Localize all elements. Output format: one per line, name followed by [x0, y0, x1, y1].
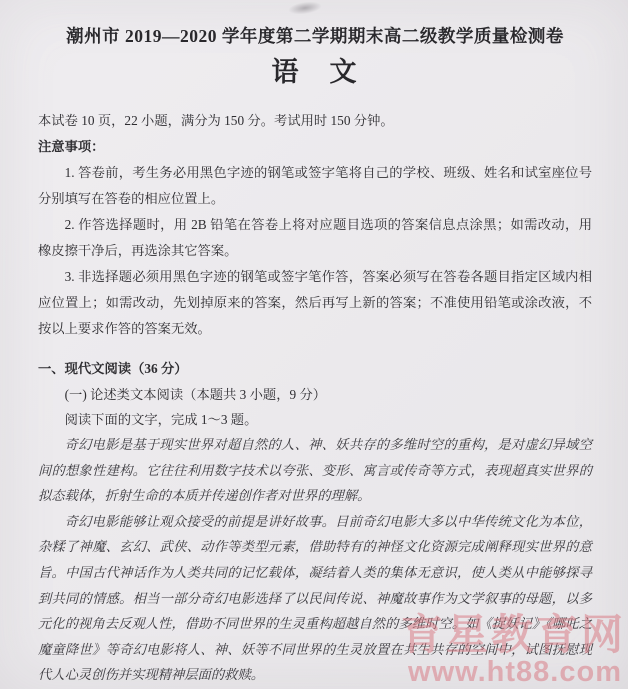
subject-title: 语 文 — [38, 54, 592, 90]
reading-passage: 奇幻电影是基于现实世界对超自然的人、神、妖共存的多维时空的重构，是对虚幻异域空间… — [38, 432, 592, 688]
exam-info-line: 本试卷 10 页，22 小题，满分为 150 分。考试用时 150 分钟。 — [38, 108, 592, 134]
passage-paragraph-1: 奇幻电影是基于现实世界对超自然的人、神、妖共存的多维时空的重构，是对虚幻异域空间… — [38, 432, 592, 509]
exam-title: 潮州市 2019—2020 学年度第二学期期末高二级教学质量检测卷 — [38, 24, 592, 48]
section-heading: 一、现代文阅读（36 分） — [38, 356, 592, 382]
reading-instruction: 阅读下面的文字，完成 1～3 题。 — [38, 407, 592, 432]
passage-paragraph-2: 奇幻电影能够让观众接受的前提是讲好故事。目前奇幻电影大多以中华传统文化为本位，杂… — [38, 509, 592, 688]
note-item-2: 2. 作答选择题时，用 2B 铅笔在答卷上将对应题目选项的答案信息点涂黑；如需改… — [38, 212, 592, 264]
notes-heading: 注意事项： — [38, 134, 592, 160]
scanned-exam-page: 潮州市 2019—2020 学年度第二学期期末高二级教学质量检测卷 语 文 本试… — [0, 0, 628, 689]
page-content: 潮州市 2019—2020 学年度第二学期期末高二级教学质量检测卷 语 文 本试… — [0, 0, 628, 688]
note-item-1: 1. 答卷前，考生务必用黑色字迹的钢笔或签字笔将自己的学校、班级、姓名和试室座位… — [38, 160, 592, 212]
subsection-heading: (一) 论述类文本阅读（本题共 3 小题，9 分） — [38, 382, 592, 407]
note-item-3: 3. 非选择题必须用黑色字迹的钢笔或签字笔作答，答案必须写在答卷各题目指定区域内… — [38, 264, 592, 342]
